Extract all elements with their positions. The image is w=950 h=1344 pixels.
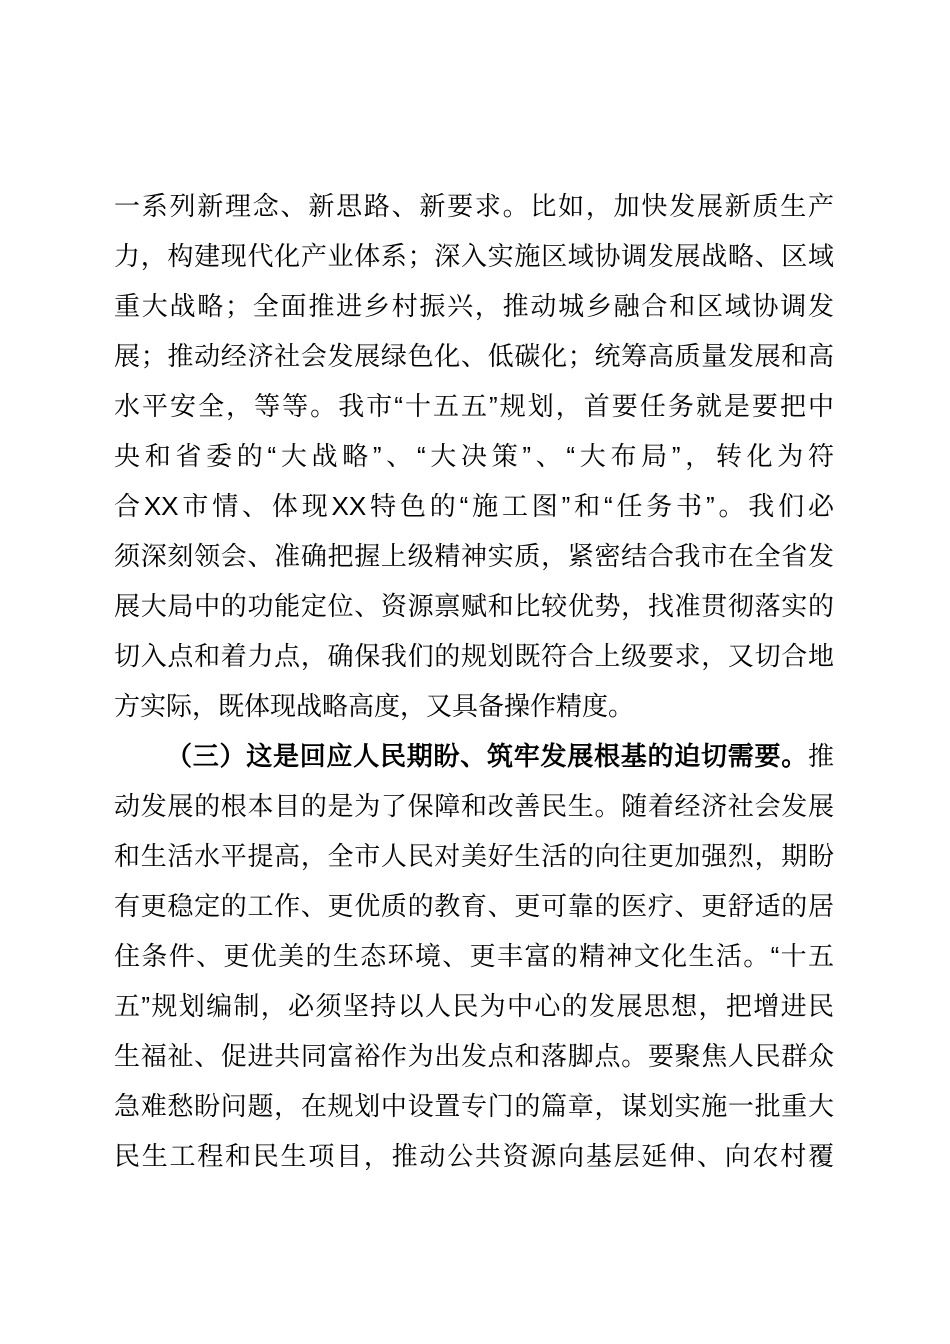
section-heading-line: （三）这是回应人民期盼、筑牢发展根基的迫切需要。推	[114, 731, 834, 781]
text-line: 有更稳定的工作、更优质的教育、更可靠的医疗、更舒适的居	[114, 881, 834, 931]
section-heading: （三）这是回应人民期盼、筑牢发展根基的迫切需要。	[166, 741, 808, 771]
text-line: 动发展的根本目的是为了保障和改善民生。随着经济社会发展	[114, 781, 834, 831]
text-line-paragraph-end: 方实际，既体现战略高度，又具备操作精度。	[114, 681, 834, 731]
text-line: 五”规划编制，必须坚持以人民为中心的发展思想，把增进民	[114, 981, 834, 1031]
text-line: 力，构建现代化产业体系；深入实施区域协调发展战略、区域	[114, 231, 834, 281]
text-line: 展；推动经济社会发展绿色化、低碳化；统筹高质量发展和高	[114, 331, 834, 381]
document-page: 一系列新理念、新思路、新要求。比如，加快发展新质生产 力，构建现代化产业体系；深…	[0, 0, 950, 1344]
text-line: 住条件、更优美的生态环境、更丰富的精神文化生活。“十五	[114, 931, 834, 981]
text-line: 切入点和着力点，确保我们的规划既符合上级要求，又切合地	[114, 631, 834, 681]
text-line: 重大战略；全面推进乡村振兴，推动城乡融合和区域协调发	[114, 281, 834, 331]
text-line: 急难愁盼问题，在规划中设置专门的篇章，谋划实施一批重大	[114, 1081, 834, 1131]
text-line: 生福祉、促进共同富裕作为出发点和落脚点。要聚焦人民群众	[114, 1031, 834, 1081]
text-line: 须深刻领会、准确把握上级精神实质，紧密结合我市在全省发	[114, 531, 834, 581]
text-after-heading: 推	[808, 741, 834, 771]
text-line: 央和省委的“大战略”、“大决策”、“大布局”，转化为符	[114, 431, 834, 481]
text-line: 展大局中的功能定位、资源禀赋和比较优势，找准贯彻落实的	[114, 581, 834, 631]
text-line: 民生工程和民生项目，推动公共资源向基层延伸、向农村覆	[114, 1131, 834, 1181]
text-line: 合XX市情、体现XX特色的“施工图”和“任务书”。我们必	[114, 481, 834, 531]
text-line: 水平安全，等等。我市“十五五”规划，首要任务就是要把中	[114, 381, 834, 431]
text-line: 一系列新理念、新思路、新要求。比如，加快发展新质生产	[114, 181, 834, 231]
document-text-block: 一系列新理念、新思路、新要求。比如，加快发展新质生产 力，构建现代化产业体系；深…	[114, 181, 834, 1181]
text-line: 和生活水平提高，全市人民对美好生活的向往更加强烈，期盼	[114, 831, 834, 881]
